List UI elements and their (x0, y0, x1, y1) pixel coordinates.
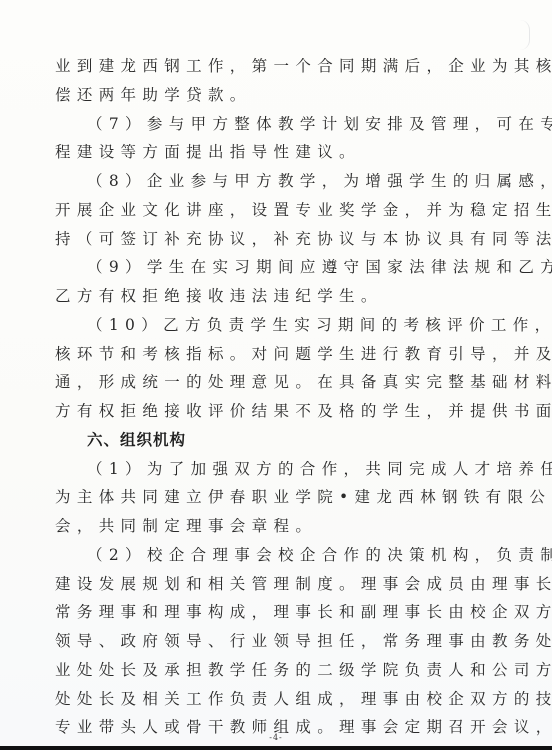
text-line: 程建设等方面提出指导性建议。 (55, 138, 505, 167)
clause-7: （7）参与甲方整体教学计划安排及管理，可在专业建设和课 (55, 110, 505, 139)
clause-1: （1）为了加强双方的合作，共同完成人才培养任务，以双方 (55, 455, 505, 484)
text-line: 建设发展规划和相关管理制度。理事会成员由理事长、副理事长、 (55, 570, 505, 599)
text-line: 业到建龙西钢工作，第一个合同期满后，企业为其核销两年学费或 (55, 52, 505, 81)
clause-10: （10）乙方负责学生实习期间的考核评价工作，建立完善的考 (55, 311, 505, 340)
section-heading: 六、组织机构 (55, 426, 505, 455)
clause-8: （8）企业参与甲方教学，为增强学生的归属感，派人到学校 (55, 167, 505, 196)
text-line: 为主体共同建立伊春职业学院•建龙西林钢铁有限公司校企合理事 (55, 483, 505, 512)
text-line: 通，形成统一的处理意见。在具备真实完整基础材料的情况下，乙 (55, 368, 505, 397)
text-line: 方有权拒绝接收评价结果不及格的学生，并提供书面材料。 (55, 397, 505, 426)
document-body: 业到建龙西钢工作，第一个合同期满后，企业为其核销两年学费或 偿还两年助学贷款。 … (55, 52, 505, 742)
text-line: 常务理事和理事构成，理事长和副理事长由校企双方的主要、主管 (55, 598, 505, 627)
text-line: 核环节和考核指标。对问题学生进行教育引导，并及时与甲方沟 (55, 340, 505, 369)
text-line: 开展企业文化讲座，设置专业奖学金，并为稳定招生提供必要的支 (55, 196, 505, 225)
text-line: 乙方有权拒绝接收违法违纪学生。 (55, 282, 505, 311)
page-number: -4- (0, 733, 552, 742)
text-line: 持（可签订补充协议，补充协议与本协议具有同等法律效力）。 (55, 225, 505, 254)
text-line: 领导、政府领导、行业领导担任，常务理事由教务处处长、招生就 (55, 627, 505, 656)
text-line: 业处处长及承担教学任务的二级学院负责人和公司方面的人事行政 (55, 656, 505, 685)
text-line: 处处长及相关工作负责人组成，理事由校企双方的技术专家、学科 (55, 685, 505, 714)
text-line: 偿还两年助学贷款。 (55, 81, 505, 110)
document-page: 业到建龙西钢工作，第一个合同期满后，企业为其核销两年学费或 偿还两年助学贷款。 … (0, 0, 552, 746)
text-line: 会，共同制定理事会章程。 (55, 512, 505, 541)
page-bottom-border (0, 746, 552, 750)
scan-artifact (515, 20, 530, 50)
clause-2: （2）校企合理事会校企合作的决策机构，负责制定校企合作 (55, 541, 505, 570)
clause-9: （9）学生在实习期间应遵守国家法律法规和乙方规章制度， (55, 253, 505, 282)
